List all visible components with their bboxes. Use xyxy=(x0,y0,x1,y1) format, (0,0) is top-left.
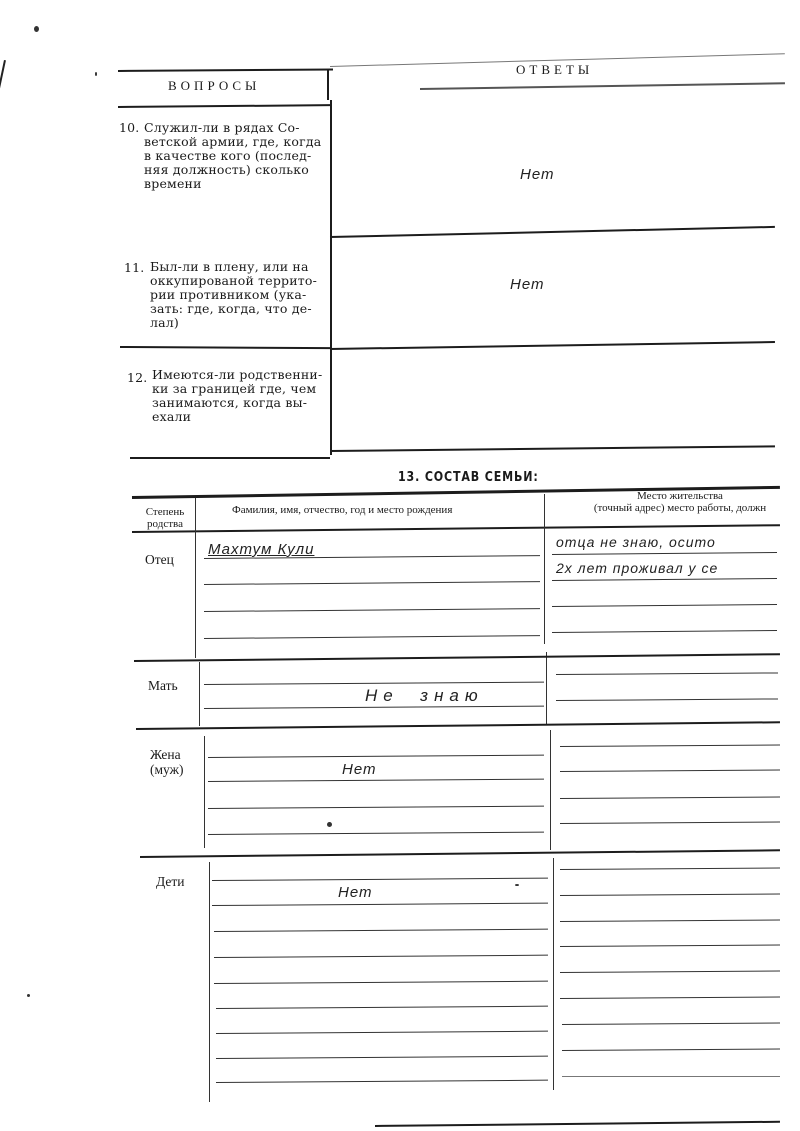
question-12-number: 12. xyxy=(127,371,147,385)
questions-answers-divider xyxy=(330,100,332,455)
relation-column-header: Степень родства xyxy=(138,506,192,530)
name-residence-divider xyxy=(544,494,545,644)
question-12-bottom-rule xyxy=(330,445,775,452)
ruled-line xyxy=(560,944,780,947)
ruled-line xyxy=(552,552,777,555)
ink-dot xyxy=(515,884,519,886)
ruled-line xyxy=(212,878,548,881)
ruled-line xyxy=(556,698,778,701)
relation-name-divider xyxy=(195,498,196,658)
ruled-line xyxy=(208,755,544,758)
margin-stroke xyxy=(0,60,6,207)
ink-dot xyxy=(95,72,97,76)
spouse-name-entry: Нет xyxy=(342,761,377,778)
row-divider xyxy=(134,653,780,662)
relation-children: Дети xyxy=(156,874,185,889)
row-divider xyxy=(140,849,780,858)
residence-column-header: Место жительства (точный адрес) место ра… xyxy=(560,490,800,514)
ruled-line xyxy=(212,903,548,906)
relation-spouse: Жена (муж) xyxy=(150,747,183,777)
questions-answers-divider xyxy=(327,70,329,100)
ruled-line xyxy=(214,955,548,958)
ruled-line xyxy=(216,1056,548,1059)
ruled-line xyxy=(560,893,780,896)
relation-name-divider xyxy=(209,862,210,1102)
questions-column-header: ВОПРОСЫ xyxy=(168,78,260,94)
father-residence-entry: 2х лет проживал у се xyxy=(556,560,718,576)
ink-dot xyxy=(34,26,39,32)
question-10-bottom-rule xyxy=(330,226,775,238)
ink-dot xyxy=(327,822,332,827)
header-bottom-rule xyxy=(118,104,330,108)
question-11-bottom-rule xyxy=(330,341,775,350)
relation-father: Отец xyxy=(145,552,174,567)
ruled-line xyxy=(214,929,548,932)
relation-mother: Мать xyxy=(148,678,178,693)
children-name-entry: Нет xyxy=(338,884,373,901)
ruled-line xyxy=(216,1080,548,1083)
name-residence-divider xyxy=(550,730,551,850)
relation-name-divider xyxy=(204,736,205,848)
ruled-line xyxy=(208,779,544,782)
mother-name-entry: Не знаю xyxy=(365,686,484,706)
ruled-line xyxy=(204,608,540,612)
ruled-line xyxy=(204,706,544,709)
ruled-line xyxy=(214,981,548,984)
answers-column-header: ОТВЕТЫ xyxy=(516,62,593,78)
ruled-line xyxy=(208,806,544,809)
ruled-line xyxy=(560,796,780,799)
ruled-line xyxy=(204,635,540,639)
father-name-entry: Махтум Кули xyxy=(208,541,314,558)
ruled-line xyxy=(560,996,780,999)
ruled-line xyxy=(216,1006,548,1009)
ruled-line xyxy=(560,744,780,747)
question-11-number: 11. xyxy=(124,261,144,275)
ruled-line xyxy=(556,672,778,675)
ruled-line xyxy=(560,821,780,824)
ruled-line xyxy=(552,630,777,633)
ruled-line xyxy=(552,604,777,607)
father-residence-entry: отца не знаю, осито xyxy=(556,534,716,550)
question-11-text: Был-ли в плену, или на оккупированой тер… xyxy=(150,260,326,330)
name-residence-divider xyxy=(546,652,547,724)
question-12-text: Имеются-ли родственни- ки за границей гд… xyxy=(152,368,327,424)
name-residence-divider xyxy=(553,858,554,1090)
question-10-number: 10. xyxy=(119,121,139,135)
ruled-line xyxy=(562,1022,780,1025)
question-10-answer: Нет xyxy=(520,166,555,183)
family-section-title: 13. СОСТАВ СЕМЬИ: xyxy=(398,470,539,485)
ruled-line xyxy=(204,682,544,685)
family-header-bottom-rule xyxy=(132,524,780,533)
ruled-line xyxy=(562,1076,780,1077)
ink-dot xyxy=(27,994,30,997)
ruled-line xyxy=(560,919,780,922)
answers-header-rule xyxy=(420,82,785,90)
page-bottom-rule xyxy=(375,1121,780,1127)
ruled-line xyxy=(560,867,780,870)
ruled-line xyxy=(552,578,777,581)
name-column-header: Фамилия, имя, отчество, год и место рожд… xyxy=(232,504,452,516)
row-divider xyxy=(136,721,780,730)
header-top-rule xyxy=(118,68,333,72)
scanned-form-page: ВОПРОСЫ ОТВЕТЫ 10. Служил-ли в рядах Со-… xyxy=(0,0,800,1131)
ruled-line xyxy=(216,1031,548,1034)
ruled-line xyxy=(204,581,540,585)
question-12-bottom-rule-left xyxy=(130,457,330,459)
ruled-line xyxy=(560,970,780,973)
question-11-answer: Нет xyxy=(510,276,545,293)
relation-name-divider xyxy=(199,662,200,726)
ruled-line xyxy=(560,769,780,772)
question-11-bottom-rule-left xyxy=(120,346,330,349)
ruled-line xyxy=(208,832,544,835)
question-10-text: Служил-ли в рядах Со- ветской армии, где… xyxy=(144,121,324,191)
ruled-line xyxy=(562,1048,780,1051)
